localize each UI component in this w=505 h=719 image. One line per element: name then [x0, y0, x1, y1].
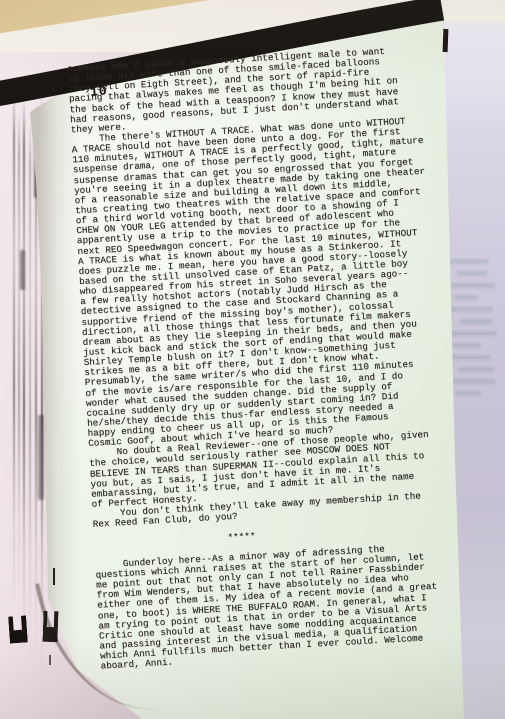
edge-scratch: [49, 655, 51, 665]
bleed-through-text: [449, 252, 503, 403]
page-edge-streak: [13, 95, 15, 625]
typewritten-text: someone who'd cause a supposedly intelli…: [67, 45, 452, 672]
page-edge-streak: [18, 112, 20, 622]
ink-scuff: [38, 415, 44, 500]
zine-photo: 10 someone who'd cause a supposedly inte…: [0, 0, 505, 719]
edge-scratch: [53, 568, 55, 585]
rule-edge-mark: [443, 29, 449, 52]
ink-scuff: [20, 250, 25, 290]
page-edge-streak: [29, 122, 31, 682]
page-edge-streak: [23, 100, 25, 660]
